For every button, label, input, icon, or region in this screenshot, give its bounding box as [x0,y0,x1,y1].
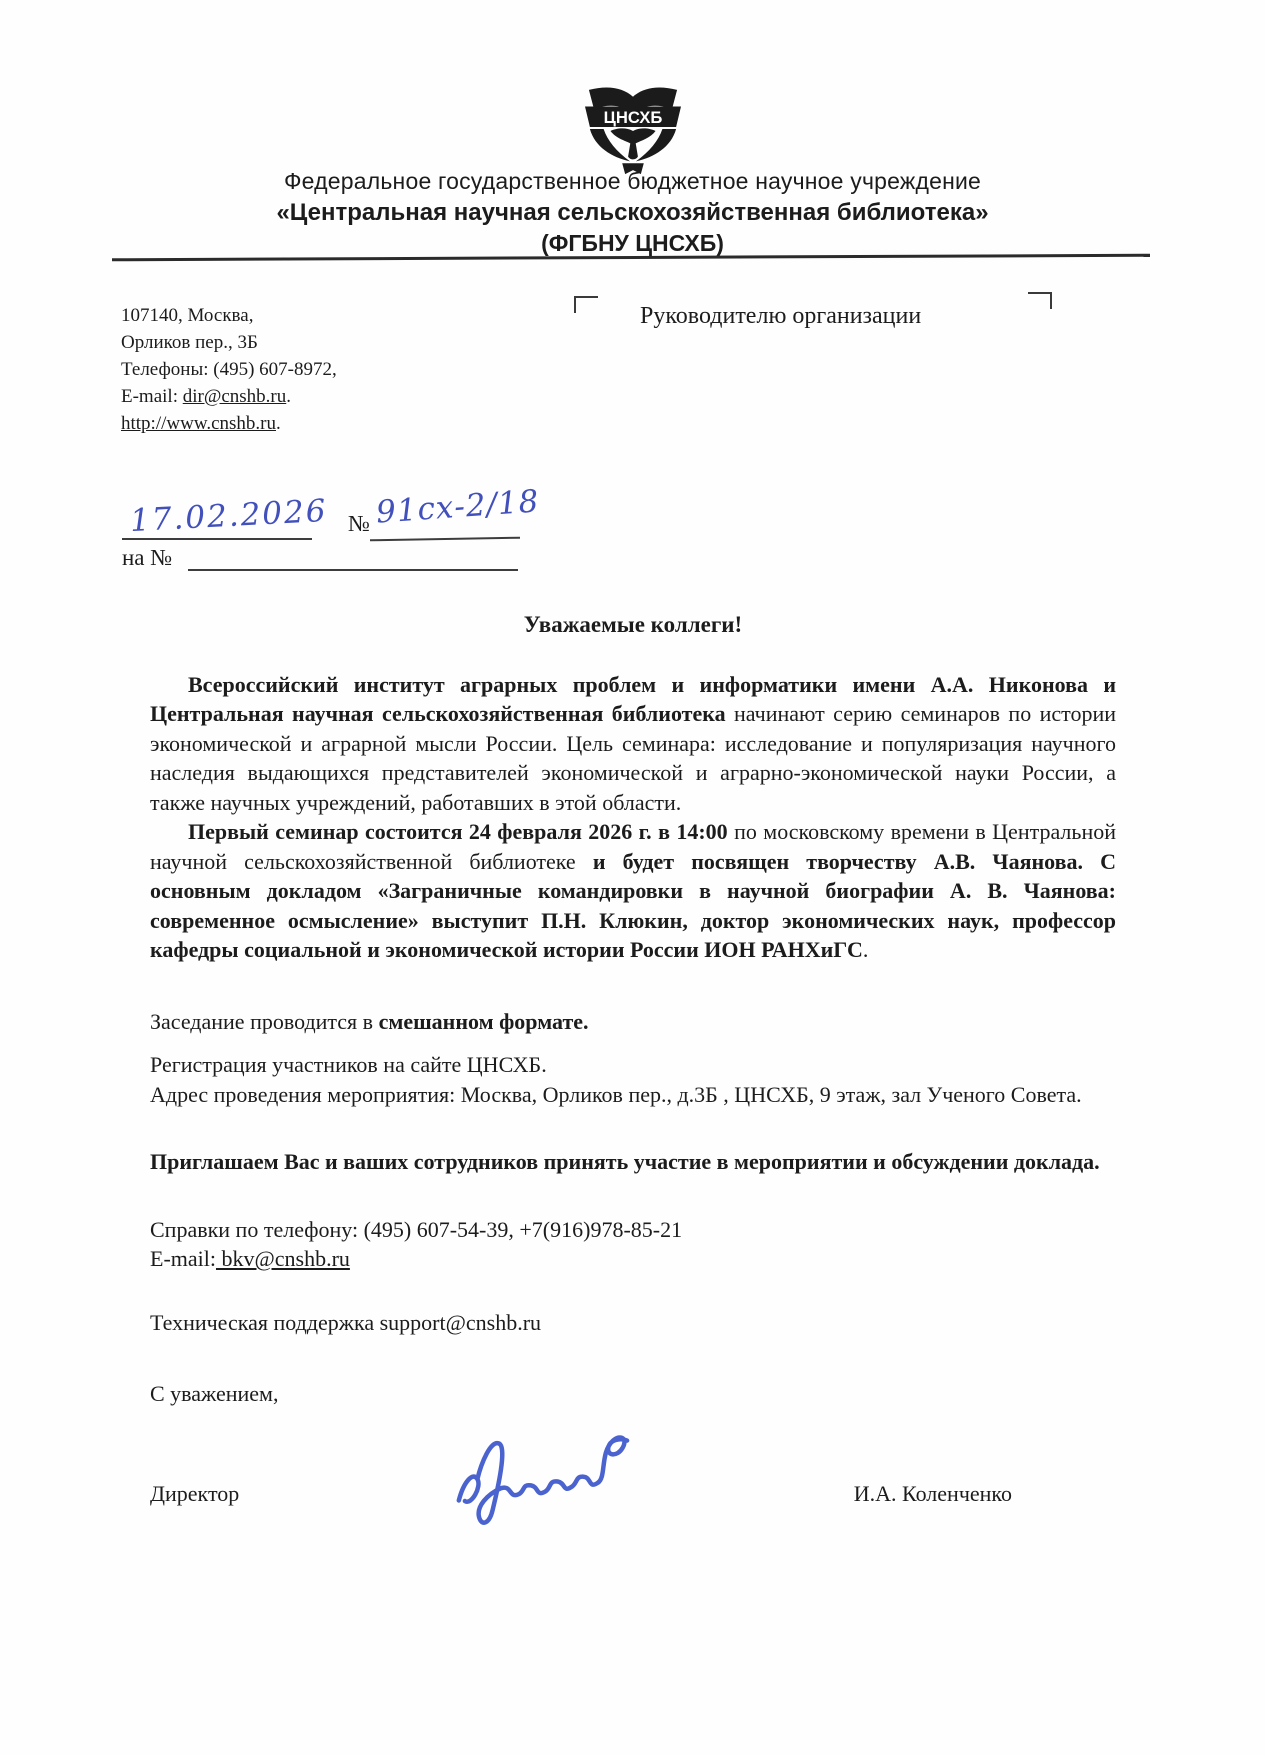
closing: С уважением, [150,1379,1116,1409]
reply-ref-underline [188,569,518,571]
director-signature [447,1423,684,1546]
email2-address: bkv@cnshb.ru [216,1246,350,1271]
contact-email-label: E-mail: [121,386,183,407]
reply-ref-label: на № [122,545,172,571]
contact-email-line: E-mail: dir@cnshb.ru. [121,383,337,410]
addressee-corner-right [1028,292,1052,309]
addressee-corner-left [574,296,598,313]
format-bold: смешанном формате. [379,1009,589,1034]
reference-block: 17.02.2026 № 91сх-2/18 на № [120,495,540,585]
line-address: Адрес проведения мероприятия: Москва, Ор… [150,1080,1116,1110]
line-email2: E-mail: bkv@cnshb.ru [150,1244,1116,1274]
seminar-period: . [863,937,869,962]
line-phones-info: Справки по телефону: (495) 607-54-39, +7… [150,1215,1116,1245]
number-underline [370,537,520,542]
emblem-label: ЦНСХБ [603,108,662,127]
letterhead: Федеральное государственное бюджетное на… [0,168,1265,257]
addressee: Руководителю организации [640,303,921,330]
outgoing-date-handwritten: 17.02.2026 [129,493,328,539]
line-registration: Регистрация участников на сайте ЦНСХБ. [150,1050,1116,1080]
format-normal: Заседание проводится в [150,1009,379,1034]
signature-row: Директор И.А. Коленченко [150,1453,1116,1523]
scanned-letter-page: ЦНСХБ Федеральное государственное бюджет… [0,0,1265,1755]
contact-site-line: http://www.cnshb.ru. [121,410,337,437]
org-name: «Центральная научная сельскохозяйственна… [0,199,1265,227]
email2-label: E-mail: [150,1246,216,1271]
date-underline [122,538,312,540]
salutation: Уважаемые коллеги! [150,610,1116,640]
contact-block: 107140, Москва, Орликов пер., 3Б Телефон… [121,302,337,437]
contact-email-dot: . [286,386,291,407]
paragraph-seminar: Первый семинар состоится 24 февраля 2026… [150,817,1116,965]
outgoing-number-handwritten: 91сх-2/18 [375,483,541,530]
signer-position: Директор [150,1479,239,1509]
seminar-datetime: Первый семинар состоится 24 февраля 2026… [188,819,728,844]
line-format: Заседание проводится в смешанном формате… [150,1007,1116,1037]
org-abbr: (ФГБНУ ЦНСХБ) [0,230,1265,257]
letter-body: Уважаемые коллеги! Всероссийский институ… [150,610,1116,1523]
contact-postal: 107140, Москва, [121,302,337,329]
contact-phones: Телефоны: (495) 607-8972, [121,356,337,383]
contact-street: Орликов пер., 3Б [121,329,337,356]
number-sign: № [348,511,370,537]
paragraph-invitation: Приглашаем Вас и ваших сотрудников приня… [150,1147,1116,1177]
contact-email: dir@cnshb.ru [183,386,287,407]
org-type: Федеральное государственное бюджетное на… [0,168,1265,195]
contact-site-dot: . [276,413,281,434]
signer-name: И.А. Коленченко [854,1479,1012,1509]
contact-site: http://www.cnshb.ru [121,413,276,434]
line-support: Техническая поддержка support@cnshb.ru [150,1308,1116,1338]
paragraph-intro: Всероссийский институт аграрных проблем … [150,670,1116,818]
